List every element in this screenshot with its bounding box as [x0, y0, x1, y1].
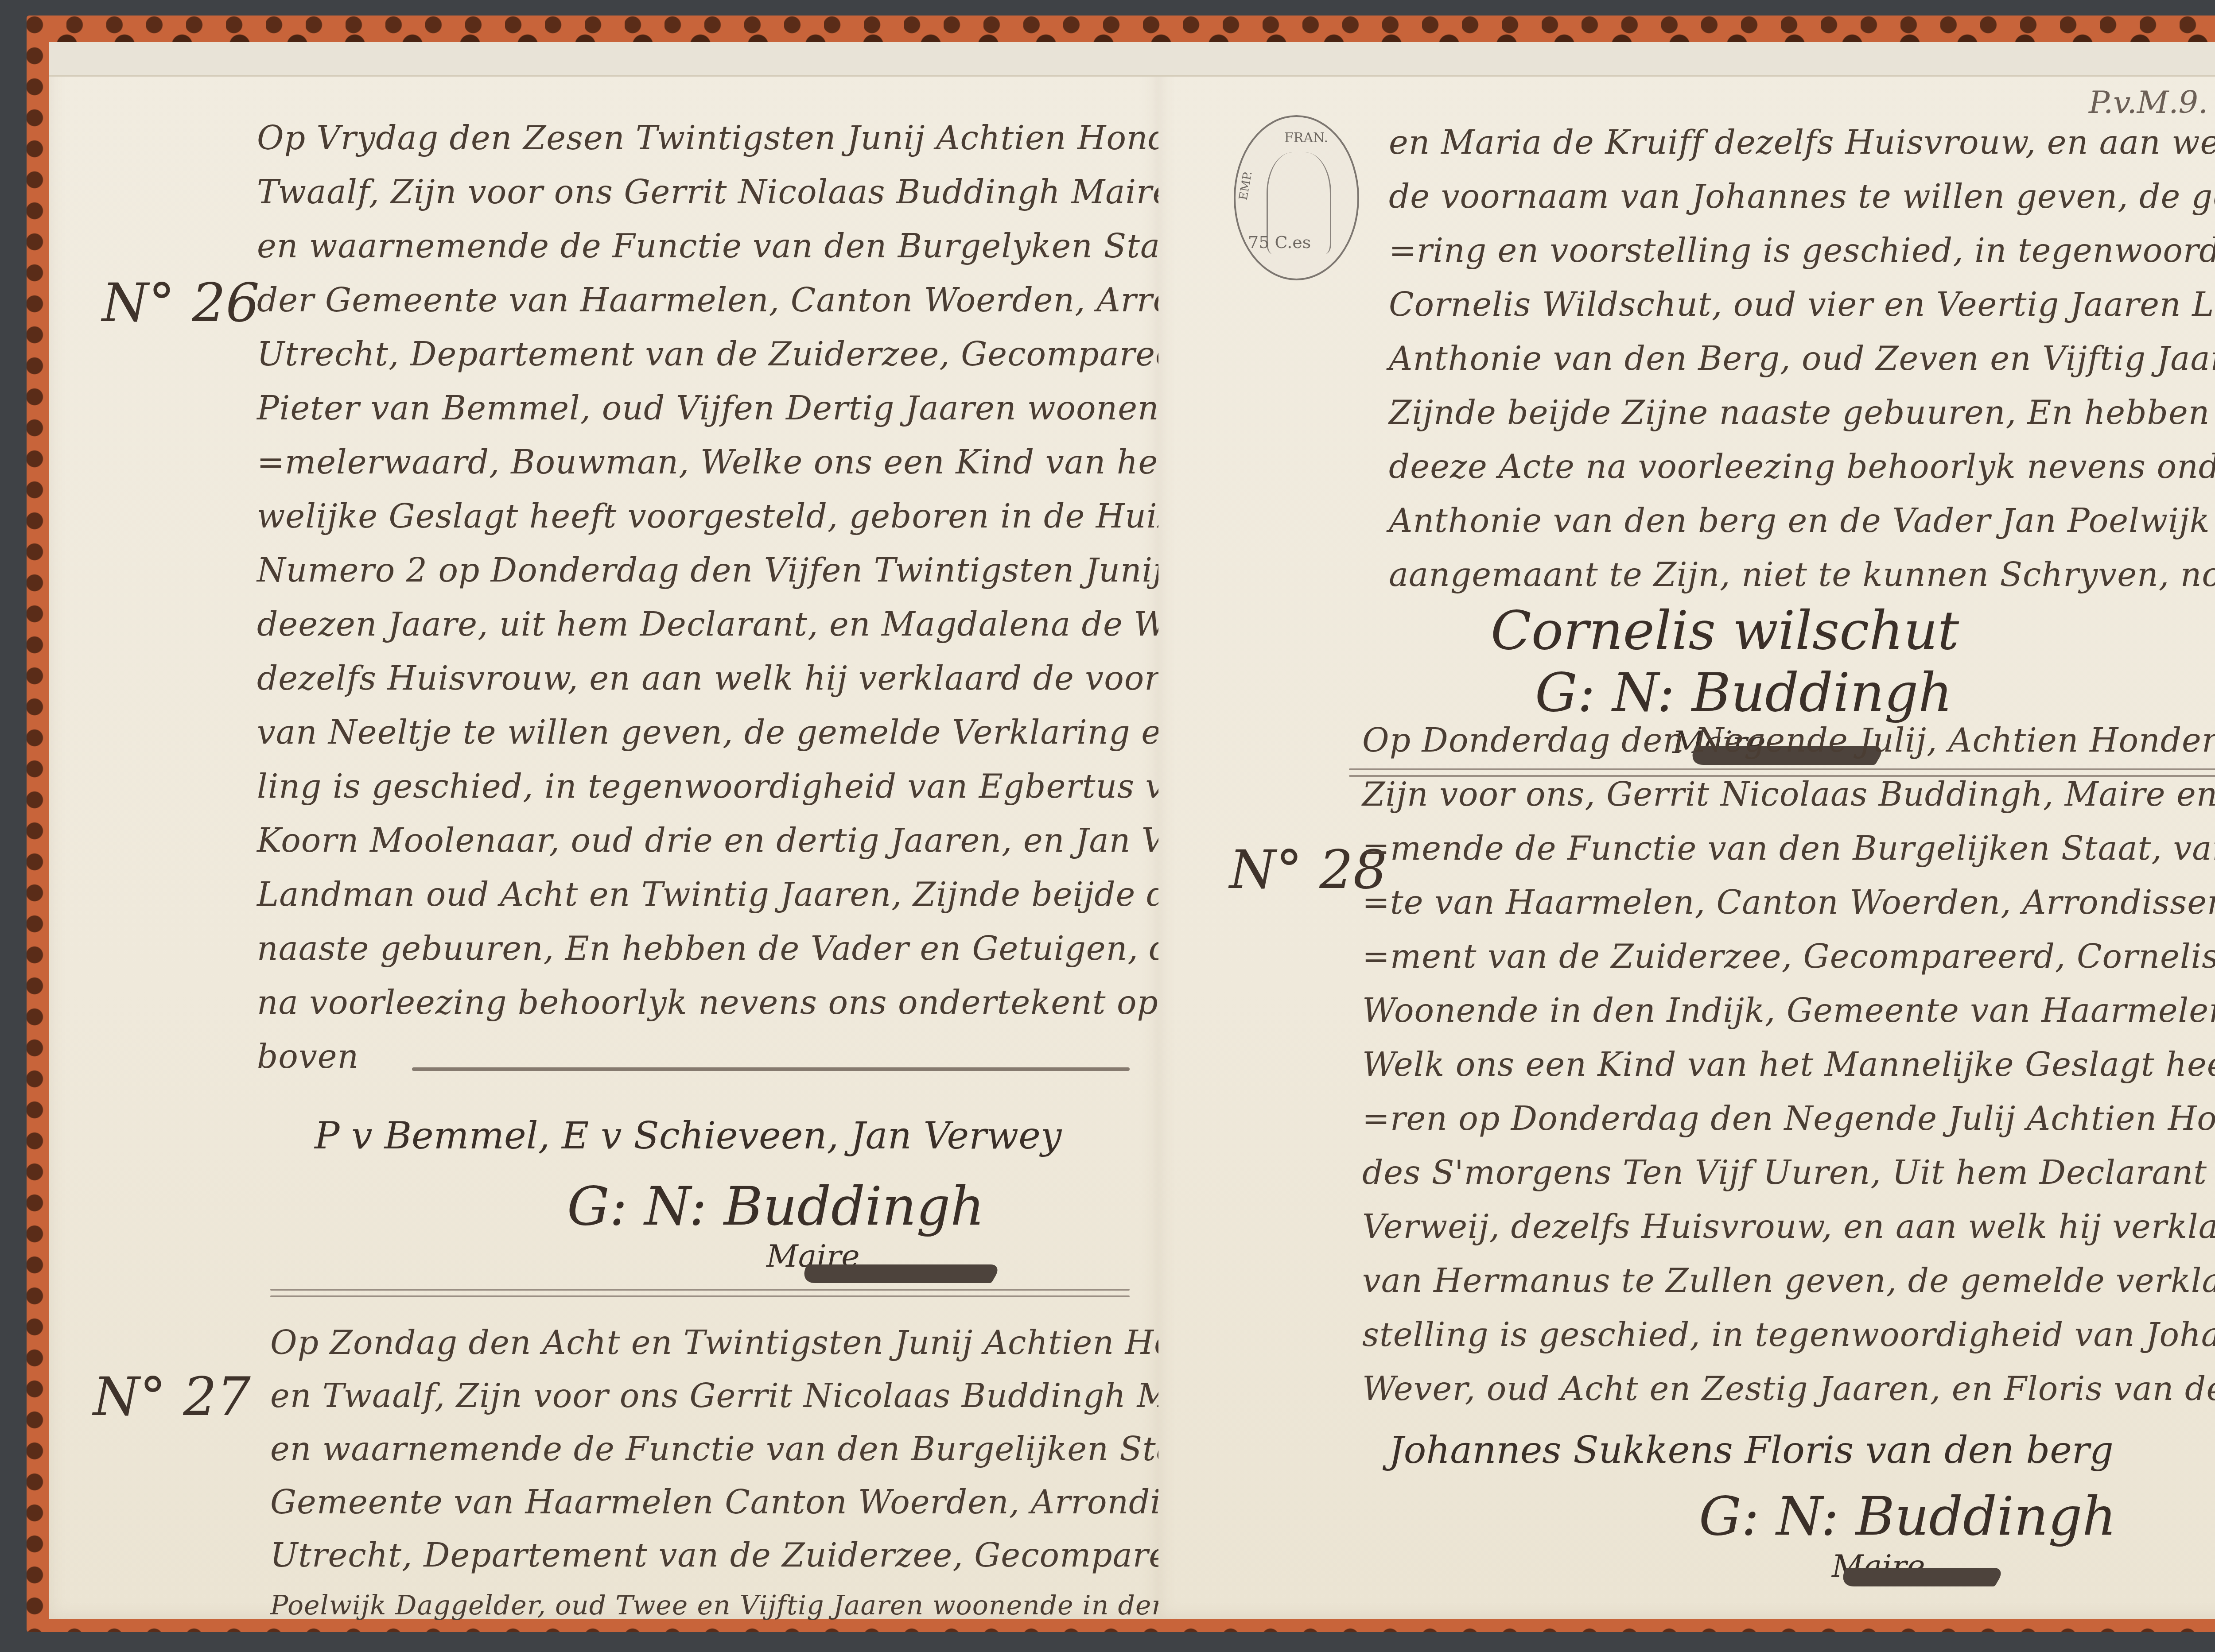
text-line: deeze Acte na voorleezing behoorlyk neve…: [1389, 450, 2215, 483]
entry-divider: [270, 1295, 1130, 1297]
text-line: Utrecht, Departement van de Zuiderzee, G…: [257, 338, 1213, 371]
text-line: Anthonie van den Berg, oud Zeven en Vijf…: [1389, 342, 2215, 375]
text-line: Gemeente van Haarmelen Canton Woerden, A…: [270, 1486, 1302, 1519]
text-line: Zijnde beijde Zijne naaste gebuuren, En …: [1389, 396, 2215, 429]
text-line: dezelfs Huisvrouw, en aan welk hij verkl…: [257, 662, 1254, 695]
text-line: boven: [257, 1040, 359, 1073]
text-line: Welk ons een Kind van het Mannelijke Ges…: [1362, 1048, 2215, 1081]
text-line: welijke Geslagt heeft voorgesteld, gebor…: [257, 500, 1249, 533]
text-line: =ring en voorstelling is geschied, in te…: [1389, 234, 2215, 267]
stamp-value: 75 C.es: [1248, 233, 1311, 252]
page-reference: P.v.M.9.: [2089, 84, 2208, 120]
maire-signature: G: N: Buddingh: [567, 1176, 985, 1237]
text-line: stelling is geschied, in tegenwoordighei…: [1362, 1318, 2215, 1351]
witness-signature: Cornelis wilschut: [1491, 600, 1959, 662]
signature-flourish: [797, 1264, 1002, 1283]
text-line: Op Zondag den Acht en Twintigsten Junij …: [270, 1326, 1275, 1359]
text-line: Koorn Moolenaar, oud drie en dertig Jaar…: [257, 824, 1279, 857]
text-line: des S'morgens Ten Vijf Uuren, Uit hem De…: [1362, 1156, 2215, 1189]
entry-divider: [270, 1289, 1130, 1291]
text-line: deezen Jaare, uit hem Declarant, en Magd…: [257, 608, 1192, 641]
text-line: Verweij, dezelfs Huisvrouw, en aan welk …: [1362, 1210, 2215, 1243]
closing-rule: [412, 1067, 1130, 1071]
text-line: Twaalf, Zijn voor ons Gerrit Nicolaas Bu…: [257, 176, 1172, 209]
text-line: Anthonie van den berg en de Vader Jan Po…: [1389, 504, 2215, 537]
page-top-edge: [49, 42, 1158, 77]
text-line: Numero 2 op Donderdag den Vijfen Twintig…: [257, 554, 1246, 587]
entry-number: N° 27: [93, 1366, 251, 1428]
text-line: en Twaalf, Zijn voor ons Gerrit Nicolaas…: [270, 1380, 1238, 1412]
text-line: aangemaant te Zijn, niet te kunnen Schry…: [1389, 558, 2215, 591]
text-line: Utrecht, Departement van de Zuiderzee, G…: [270, 1539, 1303, 1572]
witness-signatures: Johannes Sukkens Floris van den berg: [1389, 1428, 2114, 1472]
text-line: Zijn voor ons, Gerrit Nicolaas Buddingh,…: [1362, 778, 2215, 811]
left-page: N° 26 Op Vrydag den Zesen Twintigsten Ju…: [49, 42, 1159, 1619]
page-top-edge: [1158, 42, 2215, 77]
text-line: Cornelis Wildschut, oud vier en Veertig …: [1389, 288, 2215, 321]
maire-signature: G: N: Buddingh: [1699, 1486, 2117, 1547]
entry-divider: [1349, 768, 2215, 770]
text-line: en waarnemende de Functie van den Burgel…: [257, 230, 1194, 263]
text-line: de voornaam van Johannes te willen geven…: [1389, 180, 2215, 213]
right-page: P.v.M.9. FRAN. EMP. 75 C.es en Maria de …: [1158, 42, 2215, 1619]
text-line: Op Vrydag den Zesen Twintigsten Junij Ac…: [257, 122, 1279, 155]
text-line: Wever, oud Acht en Zestig Jaaren, en Flo…: [1362, 1373, 2215, 1405]
stamp-side-text: EMP.: [1237, 170, 1255, 201]
signature-flourish: [1835, 1568, 2005, 1586]
text-line: Op Donderdag den Negende Julij, Achtien …: [1362, 724, 2215, 757]
stamp-top-text: FRAN.: [1284, 130, 1328, 146]
entry-number: N° 26: [102, 272, 260, 334]
tax-stamp: FRAN. EMP. 75 C.es: [1234, 115, 1359, 280]
witness-signatures: P v Bemmel, E v Schieveen, Jan Verwey: [315, 1114, 1061, 1157]
text-line: Poelwijk Daggelder, oud Twee en Vijftig …: [270, 1592, 1169, 1619]
text-line: en waarnemende de Functie van den Burgel…: [270, 1433, 1289, 1466]
text-line: =melerwaard, Bouwman, Welke ons een Kind…: [257, 446, 1276, 479]
maire-signature: G: N: Buddingh: [1535, 662, 1953, 724]
text-line: van Hermanus te Zullen geven, de gemelde…: [1362, 1264, 2215, 1297]
text-line: =ment van de Zuiderzee, Gecompareerd, Co…: [1362, 940, 2215, 973]
text-line: =ren op Donderdag den Negende Julij Acht…: [1362, 1102, 2215, 1135]
text-line: en Maria de Kruiff dezelfs Huisvrouw, en…: [1389, 126, 2215, 159]
text-line: na voorleezing behoorlyk nevens ons onde…: [257, 986, 1303, 1019]
text-line: =te van Haarmelen, Canton Woerden, Arron…: [1362, 886, 2215, 919]
text-line: =mende de Functie van den Burgelijken St…: [1362, 832, 2215, 865]
text-line: Landman oud Acht en Twintig Jaaren, Zijn…: [257, 878, 1188, 911]
text-line: Woonende in den Indijk, Gemeente van Haa…: [1362, 994, 2215, 1027]
